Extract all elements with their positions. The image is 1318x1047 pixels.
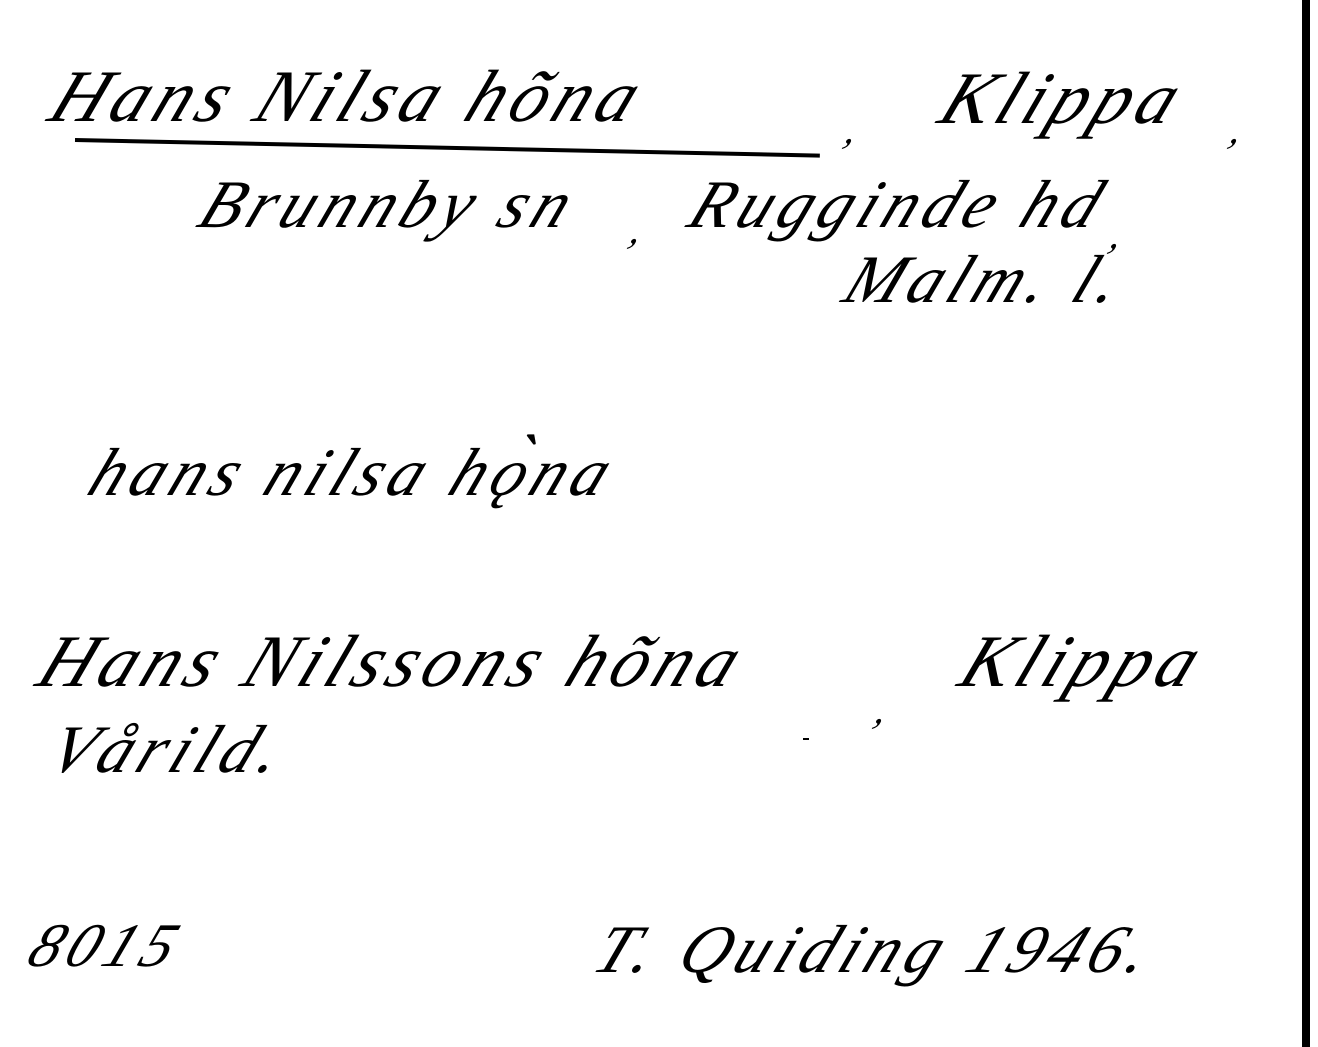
county: Malm. l. <box>835 245 1139 313</box>
separator-1: , <box>840 110 872 150</box>
separator-3: , <box>625 210 657 250</box>
phonetic-form: hans nilsa hǫ̀na <box>80 438 628 506</box>
variant-parish: Vårild. <box>40 715 300 783</box>
headword-underline <box>75 138 820 158</box>
scan-edge-border <box>1302 0 1310 1047</box>
place-name: Klippa <box>930 62 1197 136</box>
collector-and-year: T. Quiding 1946. <box>585 915 1168 983</box>
parish: Brunnby sn <box>190 170 589 238</box>
separator-2: , <box>1225 110 1257 150</box>
district: Rugginde hd <box>680 170 1119 238</box>
card-number: 8015 <box>20 915 193 977</box>
headword: Hans Nilsa hõna <box>40 60 657 134</box>
variant-form: Hans Nilssons hõna <box>28 625 758 699</box>
archive-card: Hans Nilsa hõna , Klippa , Brunnby sn , … <box>0 0 1318 1047</box>
variant-separator: , <box>870 690 902 730</box>
stray-mark <box>803 738 809 740</box>
variant-place: Klippa <box>950 625 1217 699</box>
